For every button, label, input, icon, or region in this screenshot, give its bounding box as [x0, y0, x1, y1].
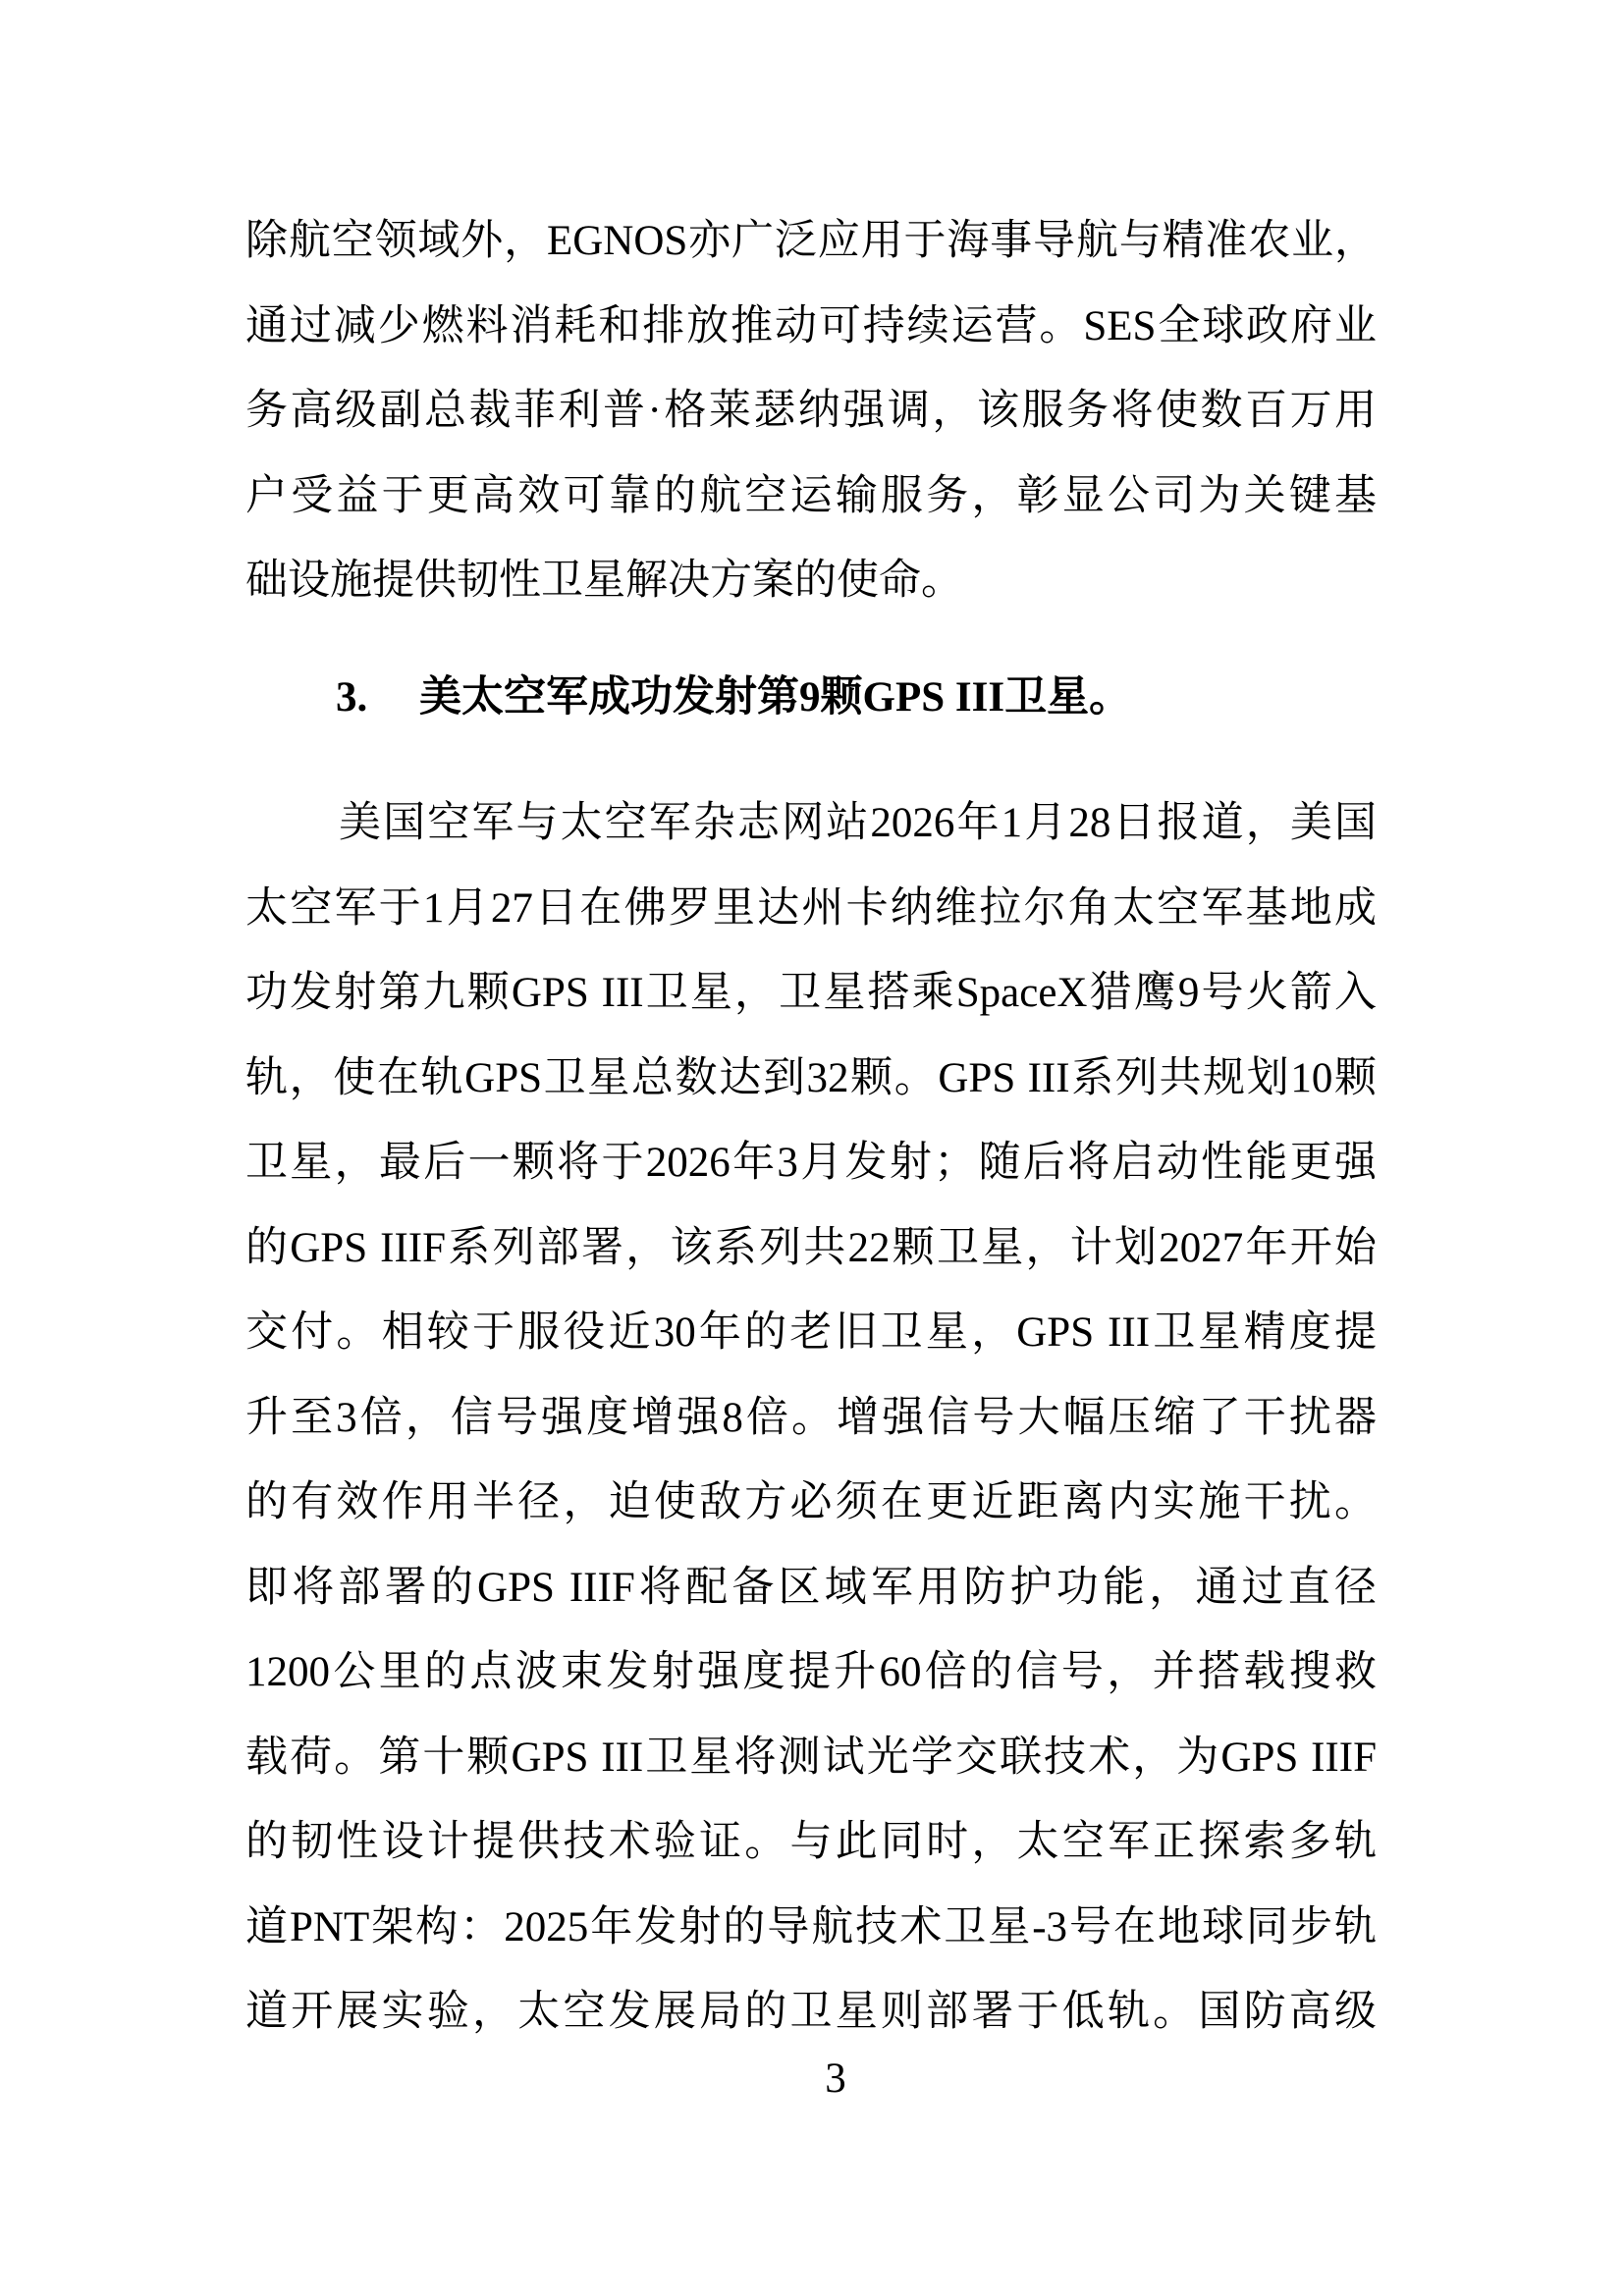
- text-line: 卫星，最后一颗将于2026年3月发射；随后将启动性能更强: [245, 1121, 1377, 1206]
- text-line: 务高级副总裁菲利普·格莱瑟纳强调，该服务将使数百万用: [245, 369, 1377, 454]
- text-line: 通过减少燃料消耗和排放推动可持续运营。SES全球政府业: [245, 285, 1377, 370]
- page-number: 3: [0, 2050, 1624, 2109]
- heading-title: 美太空军成功发射第9颗GPS III卫星。: [419, 674, 1131, 721]
- text-line: 轨，使在轨GPS卫星总数达到32颗。GPS III系列共规划10颗: [245, 1037, 1377, 1122]
- text-line: 交付。相较于服役近30年的老旧卫星，GPS III卫星精度提: [245, 1291, 1377, 1376]
- text-line: 美国空军与太空军杂志网站2026年1月28日报道，美国: [245, 781, 1377, 867]
- paragraph-egnos: 除航空领域外，EGNOS亦广泛应用于海事导航与精准农业， 通过减少燃料消耗和排放…: [245, 199, 1377, 624]
- text-line: 功发射第九颗GPS III卫星，卫星搭乘SpaceX猎鹰9号火箭入: [245, 951, 1377, 1037]
- paragraph-gps-launch: 美国空军与太空军杂志网站2026年1月28日报道，美国 太空军于1月27日在佛罗…: [245, 781, 1377, 2056]
- section-heading: 3.美太空军成功发射第9颗GPS III卫星。: [245, 656, 1377, 741]
- text-line: 户受益于更高效可靠的航空运输服务，彰显公司为关键基: [245, 454, 1377, 540]
- text-line: 的韧性设计提供技术验证。与此同时，太空军正探索多轨: [245, 1800, 1377, 1886]
- page-content: 除航空领域外，EGNOS亦广泛应用于海事导航与精准农业， 通过减少燃料消耗和排放…: [245, 199, 1377, 2056]
- text-line: 载荷。第十颗GPS III卫星将测试光学交联技术，为GPS IIIF: [245, 1716, 1377, 1801]
- text-line: 道开展实验，太空发展局的卫星则部署于低轨。国防高级: [245, 1970, 1377, 2056]
- text-line: 道PNT架构：2025年发射的导航技术卫星-3号在地球同步轨: [245, 1886, 1377, 1971]
- text-line: 升至3倍，信号强度增强8倍。增强信号大幅压缩了干扰器: [245, 1376, 1377, 1462]
- document-page: 除航空领域外，EGNOS亦广泛应用于海事导航与精准农业， 通过减少燃料消耗和排放…: [0, 0, 1624, 2296]
- heading-number: 3.: [336, 656, 419, 741]
- text-line: 础设施提供韧性卫星解决方案的使命。: [245, 539, 1377, 624]
- text-line: 的GPS IIIF系列部署，该系列共22颗卫星，计划2027年开始: [245, 1206, 1377, 1292]
- text-line: 的有效作用半径，迫使敌方必须在更近距离内实施干扰。: [245, 1461, 1377, 1546]
- text-line: 除航空领域外，EGNOS亦广泛应用于海事导航与精准农业，: [245, 199, 1377, 285]
- text-line: 太空军于1月27日在佛罗里达州卡纳维拉尔角太空军基地成: [245, 867, 1377, 952]
- text-line: 即将部署的GPS IIIF将配备区域军用防护功能，通过直径: [245, 1546, 1377, 1631]
- text-line: 1200公里的点波束发射强度提升60倍的信号，并搭载搜救: [245, 1630, 1377, 1716]
